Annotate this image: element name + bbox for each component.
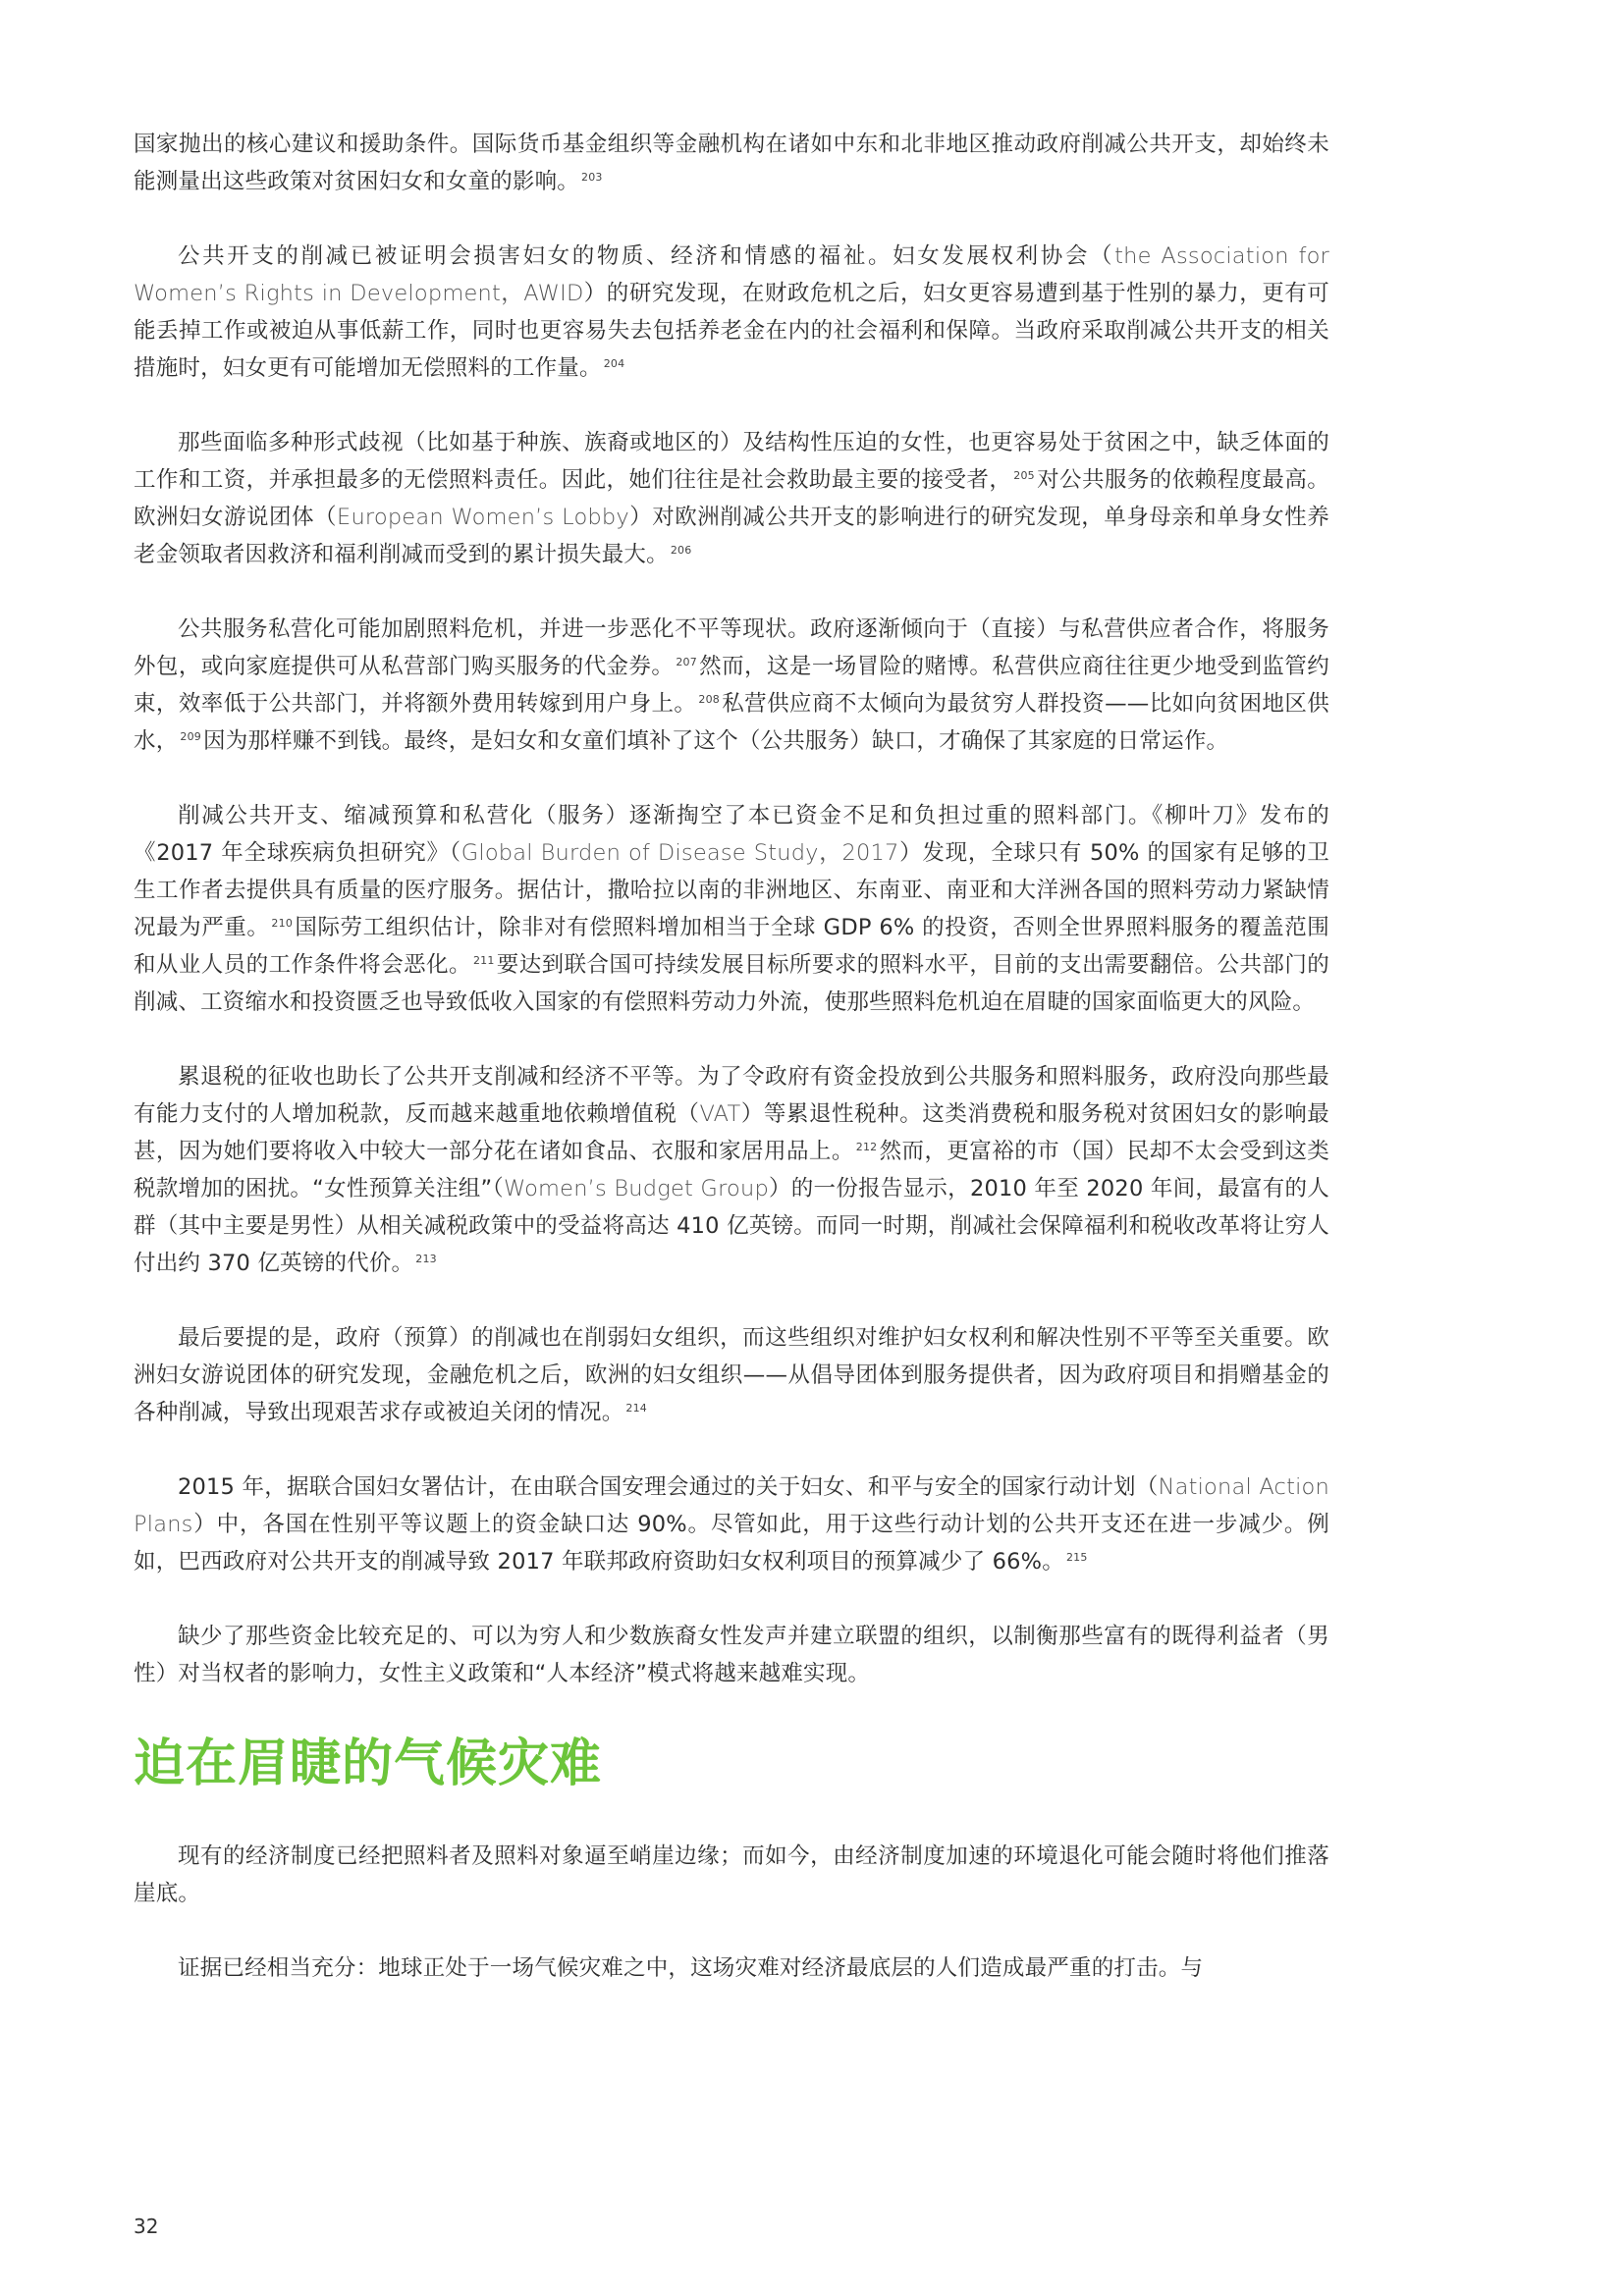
- paragraph: 公共服务私营化可能加剧照料危机，并进一步恶化不平等现状。政府逐渐倾向于（直接）与…: [134, 611, 1329, 760]
- latin-term: European Women’s Lobby: [337, 505, 629, 530]
- section-paragraphs: 现有的经济制度已经把照料者及照料对象逼至峭崖边缘；而如今，由经济制度加速的环境退…: [134, 1838, 1329, 1987]
- paragraph: 证据已经相当充分：地球正处于一场气候灾难之中，这场灾难对经济最底层的人们造成最严…: [134, 1949, 1329, 1987]
- footnote-reference[interactable]: 204: [604, 357, 625, 370]
- text-run: 最后要提的是，政府（预算）的削减也在削弱妇女组织，而这些组织对维护妇女权利和解决…: [134, 1325, 1329, 1425]
- latin-term: Women’s Budget Group: [504, 1176, 769, 1201]
- latin-term: Global Burden of Disease Study，2017: [461, 840, 899, 866]
- footnote-reference[interactable]: 209: [180, 730, 201, 743]
- paragraph: 公共开支的削减已被证明会损害妇女的物质、经济和情感的福祉。妇女发展权利协会（th…: [134, 238, 1329, 387]
- paragraph: 国家抛出的核心建议和援助条件。国际货币基金组织等金融机构在诸如中东和北非地区推动…: [134, 126, 1329, 200]
- text-run: ）中，各国在性别平等议题上的资金缺口达 90%。尽管如此，用于这些行动计划的公共…: [134, 1512, 1329, 1575]
- text-run: 缺少了那些资金比较充足的、可以为穷人和少数族裔女性发声并建立联盟的组织，以制衡那…: [134, 1624, 1329, 1686]
- text-run: 现有的经济制度已经把照料者及照料对象逼至峭崖边缘；而如今，由经济制度加速的环境退…: [134, 1843, 1329, 1906]
- footnote-reference[interactable]: 214: [625, 1402, 647, 1415]
- footnote-reference[interactable]: 207: [676, 656, 697, 668]
- section-heading: 迫在眉睫的气候灾难: [134, 1730, 1329, 1798]
- text-run: 2015 年，据联合国妇女署估计，在由联合国安理会通过的关于妇女、和平与安全的国…: [178, 1474, 1159, 1500]
- footnote-reference[interactable]: 215: [1066, 1551, 1088, 1564]
- paragraph: 2015 年，据联合国妇女署估计，在由联合国安理会通过的关于妇女、和平与安全的国…: [134, 1468, 1329, 1580]
- footnote-reference[interactable]: 211: [473, 954, 495, 967]
- paragraph: 现有的经济制度已经把照料者及照料对象逼至峭崖边缘；而如今，由经济制度加速的环境退…: [134, 1838, 1329, 1912]
- paragraph: 累退税的征收也助长了公共开支削减和经济不平等。为了令政府有资金投放到公共服务和照…: [134, 1058, 1329, 1282]
- latin-term: VAT: [700, 1101, 741, 1127]
- footnote-reference[interactable]: 213: [415, 1253, 437, 1265]
- document-page: 国家抛出的核心建议和援助条件。国际货币基金组织等金融机构在诸如中东和北非地区推动…: [134, 126, 1329, 2024]
- body-paragraphs: 国家抛出的核心建议和援助条件。国际货币基金组织等金融机构在诸如中东和北非地区推动…: [134, 126, 1329, 1692]
- text-run: 因为那样赚不到钱。最终，是妇女和女童们填补了这个（公共服务）缺口，才确保了其家庭…: [203, 728, 1228, 754]
- page-number: 32: [134, 2215, 158, 2238]
- paragraph: 那些面临多种形式歧视（比如基于种族、族裔或地区的）及结构性压迫的女性，也更容易处…: [134, 424, 1329, 573]
- footnote-reference[interactable]: 206: [671, 544, 692, 557]
- paragraph: 最后要提的是，政府（预算）的削减也在削弱妇女组织，而这些组织对维护妇女权利和解决…: [134, 1319, 1329, 1431]
- footnote-reference[interactable]: 205: [1013, 469, 1035, 482]
- footnote-reference[interactable]: 210: [271, 917, 293, 930]
- text-run: 国家抛出的核心建议和援助条件。国际货币基金组织等金融机构在诸如中东和北非地区推动…: [134, 132, 1329, 194]
- paragraph: 削减公共开支、缩减预算和私营化（服务）逐渐掏空了本已资金不足和负担过重的照料部门…: [134, 797, 1329, 1021]
- paragraph: 缺少了那些资金比较充足的、可以为穷人和少数族裔女性发声并建立联盟的组织，以制衡那…: [134, 1618, 1329, 1692]
- footnote-reference[interactable]: 208: [698, 693, 720, 706]
- text-run: 公共开支的削减已被证明会损害妇女的物质、经济和情感的福祉。妇女发展权利协会（: [178, 243, 1114, 269]
- text-run: 证据已经相当充分：地球正处于一场气候灾难之中，这场灾难对经济最底层的人们造成最严…: [178, 1955, 1203, 1981]
- footnote-reference[interactable]: 203: [581, 171, 603, 184]
- footnote-reference[interactable]: 212: [856, 1141, 878, 1153]
